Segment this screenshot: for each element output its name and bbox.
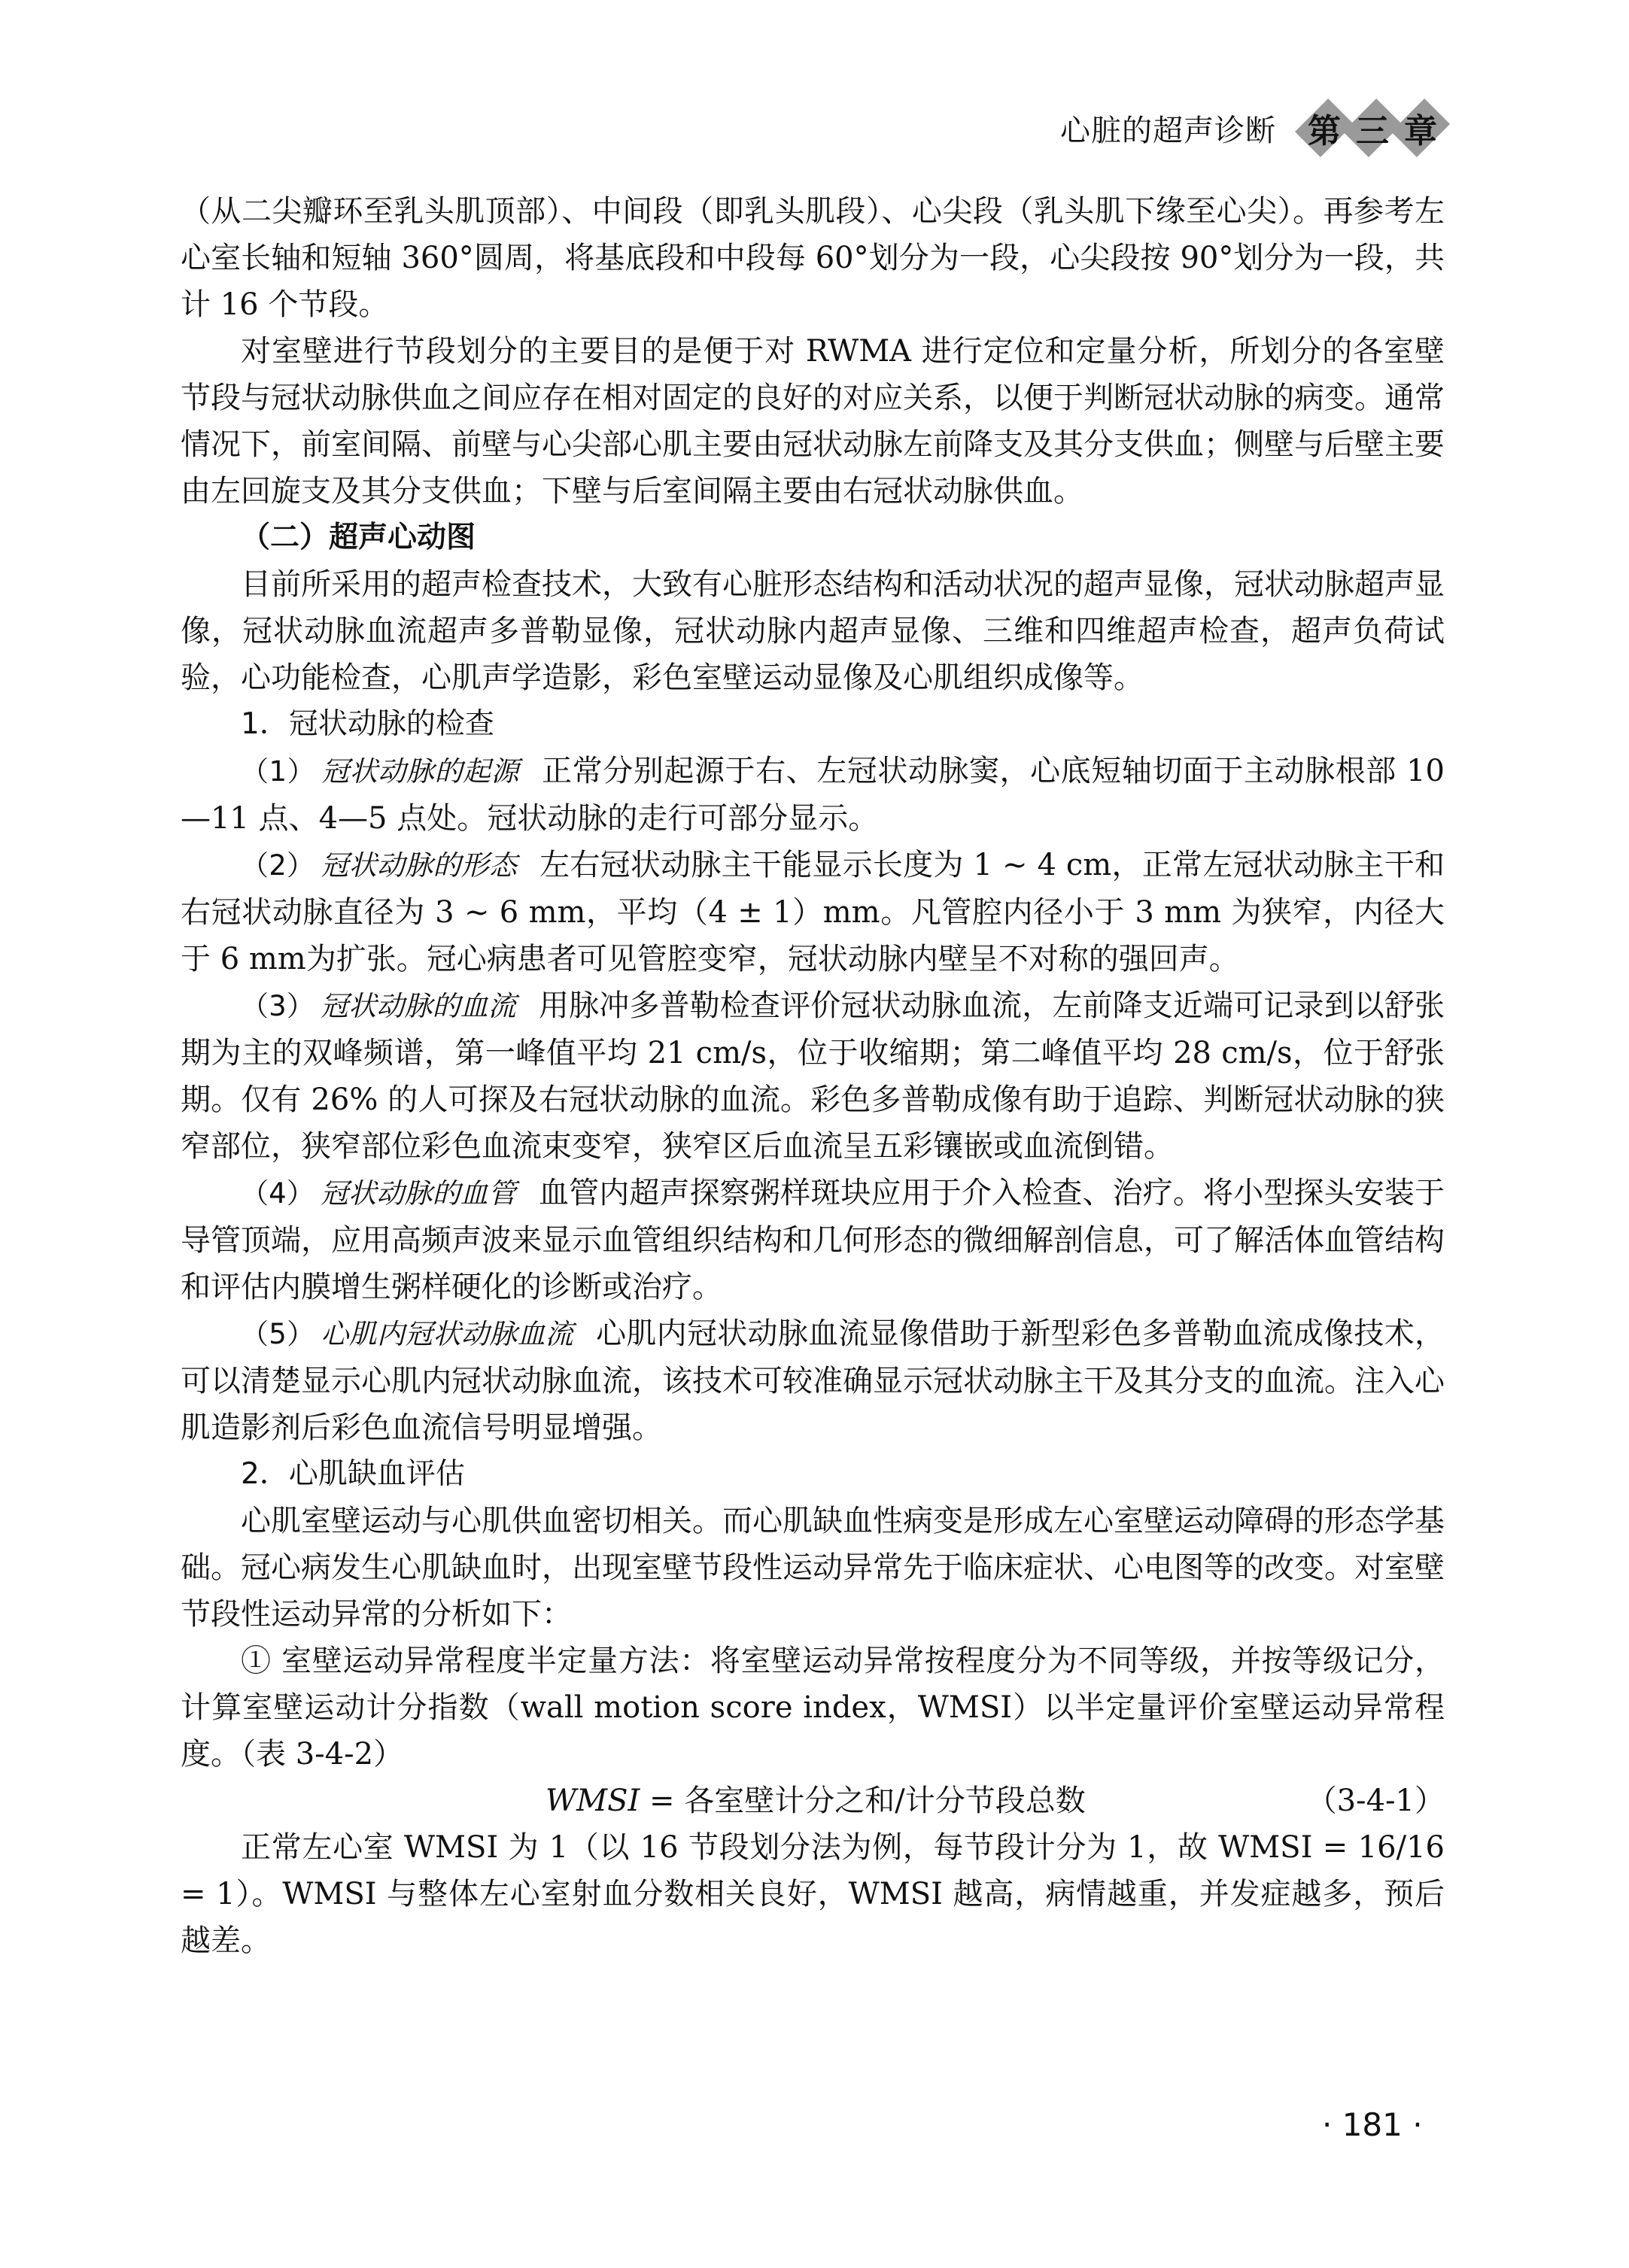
list-item-bloodflow: （3）冠状动脉的血流用脉冲多普勒检查评价冠状动脉血流，左前降支近端可记录到以舒张… xyxy=(181,982,1445,1170)
chapter-badge: 第 三 章 xyxy=(1300,103,1445,153)
paragraph-wmsi-method: ① 室壁运动异常程度半定量方法：将室壁运动异常按程度分为不同等级，并按等级记分，… xyxy=(181,1638,1445,1778)
list-item-morphology: （2）冠状动脉的形态左右冠状动脉主干能显示长度为 1 ~ 4 cm，正常左冠状动… xyxy=(181,842,1445,982)
item-label: 冠状动脉的血流 xyxy=(321,990,516,1022)
running-title: 心脏的超声诊断 xyxy=(1060,107,1276,150)
subsection-heading-ischemia: 2．心肌缺血评估 xyxy=(181,1451,1445,1498)
paragraph-techniques: 目前所采用的超声检查技术，大致有心脏形态结构和活动状况的超声显像，冠状动脉超声显… xyxy=(181,561,1445,701)
paragraph-ischemia: 心肌室壁运动与心肌供血密切相关。而心肌缺血性病变是形成左心室壁运动障碍的形态学基… xyxy=(181,1498,1445,1638)
item-label: 冠状动脉的起源 xyxy=(321,755,519,788)
subsection-heading-coronary-exam: 1．冠状动脉的检查 xyxy=(181,701,1445,748)
section-heading-echocardiography: （二）超声心动图 xyxy=(181,515,1445,561)
item-label: 冠状动脉的形态 xyxy=(321,849,517,882)
page-number: · 181 · xyxy=(1322,2106,1423,2143)
formula-rhs: = 各室壁计分之和/计分节段总数 xyxy=(640,1784,1085,1818)
formula-number: （3-4-1） xyxy=(1307,1778,1445,1824)
paragraph-segment-purpose: 对室壁进行节段划分的主要目的是便于对 RWMA 进行定位和定量分析，所划分的各室… xyxy=(181,328,1445,515)
page-body: （从二尖瓣环至乳头肌顶部）、中间段（即乳头肌段）、心尖段（乳头肌下缘至心尖）。再… xyxy=(181,188,1445,1964)
list-item-origin: （1）冠状动脉的起源正常分别起源于右、左冠状动脉窦，心底短轴切面于主动脉根部 1… xyxy=(181,748,1445,842)
paragraph-segments: （从二尖瓣环至乳头肌顶部）、中间段（即乳头肌段）、心尖段（乳头肌下缘至心尖）。再… xyxy=(181,188,1445,328)
formula-wmsi: WMSI = 各室壁计分之和/计分节段总数 （3-4-1） xyxy=(181,1778,1445,1824)
running-header: 心脏的超声诊断 第 三 章 xyxy=(1060,98,1445,158)
list-item-intramyocardial: （5）心肌内冠状动脉血流心肌内冠状动脉血流显像借助于新型彩色多普勒血流成像技术，… xyxy=(181,1310,1445,1451)
diamond-icon: 章 xyxy=(1396,103,1445,153)
item-label: 冠状动脉的血管 xyxy=(321,1177,516,1210)
diamond-icon: 三 xyxy=(1348,103,1397,153)
paragraph-wmsi-normal: 正常左心室 WMSI 为 1（以 16 节段划分法为例，每节段计分为 1，故 W… xyxy=(181,1824,1445,1964)
list-item-vessel: （4）冠状动脉的血管血管内超声探察粥样斑块应用于介入检查、治疗。将小型探头安装于… xyxy=(181,1170,1445,1310)
formula-lhs: WMSI xyxy=(546,1784,640,1818)
diamond-icon: 第 xyxy=(1299,103,1349,153)
item-label: 心肌内冠状动脉血流 xyxy=(321,1318,573,1350)
